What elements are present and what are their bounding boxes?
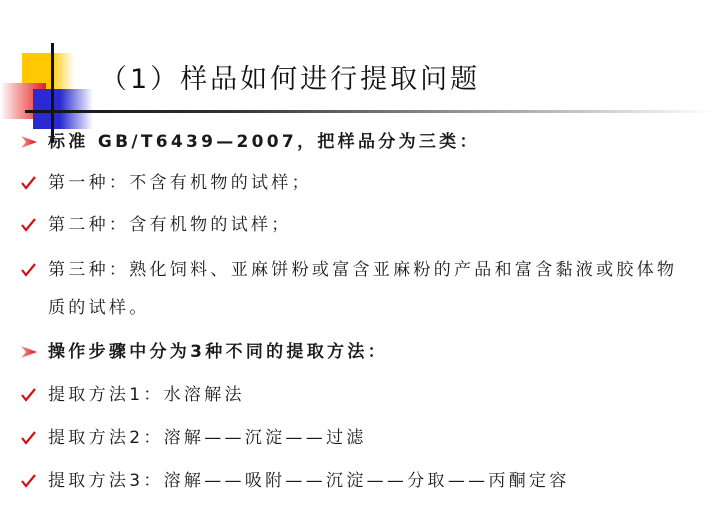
item-text: 标准 GB/T6439—2007，把样品分为三类： — [48, 130, 480, 154]
bullet-item-method-1: 提取方法1：水溶解法 — [20, 383, 245, 407]
bullet-item-standard: 标准 GB/T6439—2007，把样品分为三类： — [20, 130, 480, 154]
bullet-item-type-3: 第三种：熟化饲料、亚麻饼粉或富含亚麻粉的产品和富含黏液或胶体物 — [20, 258, 677, 282]
bullet-item-method-3: 提取方法3：溶解——吸附——沉淀——分取——丙酮定容 — [20, 469, 570, 493]
check-icon — [20, 263, 48, 277]
title-underline — [25, 110, 715, 113]
check-icon — [20, 176, 48, 190]
bullet-item-type-3-continuation: 质的试样。 — [48, 296, 150, 320]
check-icon — [20, 388, 48, 402]
slide-title: （1）样品如何进行提取问题 — [100, 62, 480, 98]
item-text: 提取方法3：溶解——吸附——沉淀——分取——丙酮定容 — [48, 469, 570, 493]
item-text: 提取方法1：水溶解法 — [48, 383, 245, 407]
check-icon — [20, 474, 48, 488]
bullet-item-type-1: 第一种：不含有机物的试样； — [20, 171, 312, 195]
item-text: 第一种：不含有机物的试样； — [48, 171, 312, 195]
arrow-icon — [20, 345, 48, 359]
bullet-item-type-2: 第二种：含有机物的试样； — [20, 213, 292, 237]
item-text: 第三种：熟化饲料、亚麻饼粉或富含亚麻粉的产品和富含黏液或胶体物 — [48, 258, 677, 282]
item-text: 提取方法2：溶解——沉淀——过滤 — [48, 426, 367, 450]
decorative-vertical-line — [51, 43, 54, 143]
item-text: 第二种：含有机物的试样； — [48, 213, 292, 237]
item-text: 操作步骤中分为3种不同的提取方法： — [48, 340, 388, 364]
item-text-continuation: 质的试样。 — [48, 296, 150, 320]
check-icon — [20, 218, 48, 232]
decorative-blue-square — [33, 89, 93, 129]
arrow-icon — [20, 135, 48, 149]
bullet-item-method-2: 提取方法2：溶解——沉淀——过滤 — [20, 426, 367, 450]
bullet-item-methods-heading: 操作步骤中分为3种不同的提取方法： — [20, 340, 388, 364]
check-icon — [20, 431, 48, 445]
